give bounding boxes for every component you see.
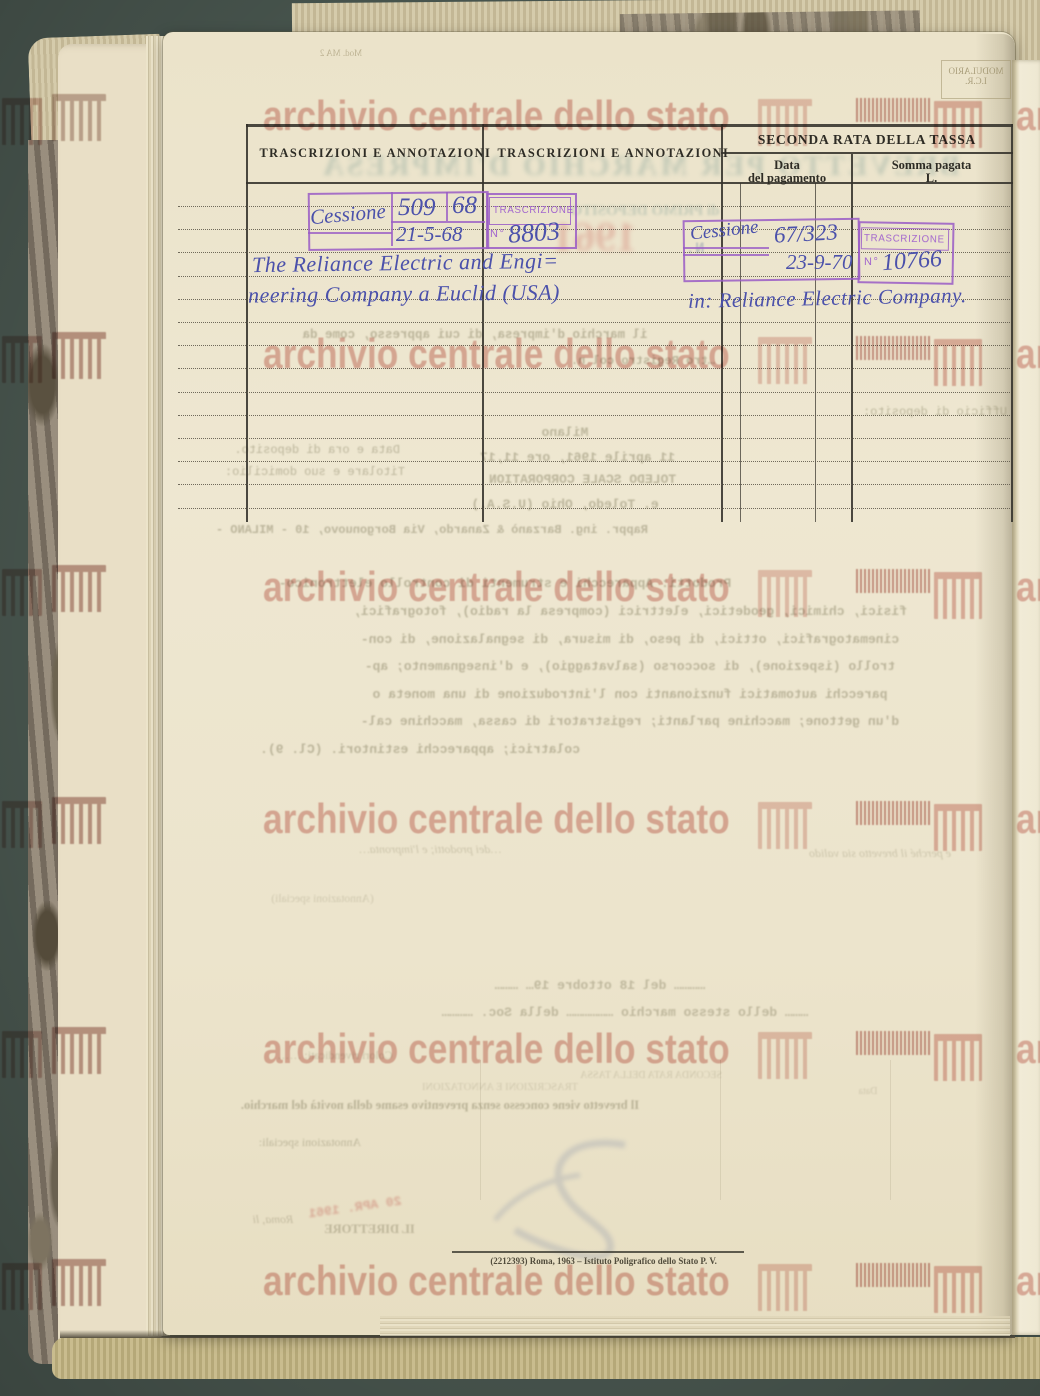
archive-watermark-text: archivio centrale dello stato	[263, 95, 730, 137]
show-through-line: trollo (ispezione), di soccorso (salvata…	[245, 659, 1015, 674]
acs-logo-icon	[934, 339, 982, 386]
handwriting-owner-line1: The Reliance Electric and Engi=	[252, 248, 559, 278]
bottom-cover-cloth	[52, 1337, 1040, 1379]
table-dotted-row	[178, 484, 1010, 485]
transcription-stamp-1-number: 8803	[507, 216, 561, 250]
show-through-line: colatrici; apparecchi estintori. (Cl. 9)…	[245, 742, 595, 757]
acs-logo-icon	[758, 99, 812, 146]
acs-logo-icon	[934, 804, 982, 851]
acs-logo-icon	[934, 572, 982, 619]
acs-logo-icon	[52, 1027, 106, 1074]
table-dotted-row	[178, 508, 1010, 509]
table-dotted-row	[178, 392, 1010, 393]
show-through-line: Rappr. ing. Barzanò & Zanardo, Via Borgo…	[248, 523, 648, 537]
archive-watermark-text: archivio centrale dello stato	[1016, 333, 1040, 375]
cession-stamp-2-date: 23-9-70	[786, 250, 853, 275]
table-dotted-row	[178, 461, 1010, 462]
show-through-line: parecchi automatici funzionanti con l'in…	[245, 687, 1015, 702]
acs-logo-icon	[2, 336, 42, 383]
acs-dash-mark-icon	[856, 1031, 932, 1055]
archive-watermark-partial: archivio centrale dello stato	[1016, 566, 1040, 614]
transcription-stamp-1-label: TRASCRIZIONE	[493, 204, 574, 216]
acs-dash-mark-icon	[856, 801, 932, 825]
verso-modulario-box: MODULARIO I.C.R.	[941, 60, 1011, 99]
show-through-line: Il brevetto viene concesso senza prevent…	[240, 1098, 640, 1113]
acs-logo-icon	[2, 569, 42, 616]
acs-logo-icon	[758, 802, 812, 849]
acs-dash-mark-icon	[856, 569, 932, 593]
cession-stamp-1-date: 21-5-68	[396, 222, 463, 247]
cession-stamp-2-row-line	[683, 254, 769, 256]
acs-dash-mark-icon	[856, 1263, 932, 1287]
acs-logo-icon	[2, 98, 42, 145]
archive-watermark-text: archivio centrale dello stato	[263, 1028, 730, 1070]
show-through-line: Ufficio di deposito:	[855, 405, 1015, 419]
verso-grid-line	[720, 1060, 721, 1200]
verso-mod-code: Mod. MA 2	[316, 48, 366, 58]
acs-logo-icon	[934, 1034, 982, 1081]
cession-stamp-1-number: 509	[398, 194, 436, 222]
table-seconda-underline	[721, 152, 1013, 154]
archive-watermark-text: archivio centrale dello stato	[263, 566, 730, 608]
archive-watermark-text: archivio centrale dello stato	[263, 1260, 730, 1302]
acs-logo-icon	[934, 1266, 982, 1313]
show-through-line: TRASCRIZIONI E ANNOTAZIONI	[380, 1082, 620, 1093]
column-header-trascrizioni-2: TRASCRIZIONI E ANNOTAZIONI	[498, 145, 707, 161]
table-dotted-row	[178, 206, 1010, 207]
archive-watermark-text: archivio centrale dello stato	[1016, 1028, 1040, 1070]
transcription-stamp-2-no: N°	[864, 256, 880, 268]
verso-modulario-line2: I.C.R.	[942, 76, 1010, 86]
archive-watermark-partial: archivio centrale dello stato	[1016, 95, 1040, 143]
show-through-line: cinematografici, ottici, di peso, di mis…	[245, 632, 1015, 647]
archive-watermark-text: archivio centrale dello stato	[1016, 1260, 1040, 1302]
show-through-line: ………… del 18 ottobre 19… ………	[385, 978, 815, 993]
table-col-divider	[482, 124, 484, 522]
acs-dash-mark-icon	[856, 336, 932, 360]
archive-watermark-text: archivio centrale dello stato	[263, 798, 730, 840]
transcription-stamp-1-no: N°	[490, 228, 506, 240]
scanned-register-page: { "archive": { "watermark_text": "archiv…	[0, 0, 1040, 1396]
handwriting-owner-line2: neering Company a Euclid (USA)	[248, 279, 560, 308]
column-header-somma-line2: L.	[855, 171, 1008, 186]
cession-stamp-1-cell-line	[308, 232, 392, 234]
table-dotted-row	[178, 415, 1010, 416]
acs-logo-icon	[934, 101, 982, 148]
transcription-stamp-2-label: TRASCRIZIONE	[864, 232, 945, 246]
show-through-line: e. Toledo, Ohio (U.S.A.)	[440, 497, 690, 512]
show-through-line: ……… dello stesso marchio ……………… della So…	[245, 1005, 1005, 1020]
acs-logo-icon	[2, 1031, 42, 1078]
show-through-line: Annotazioni speciali:	[245, 1135, 375, 1150]
acs-logo-icon	[52, 94, 106, 141]
acs-logo-icon	[2, 1263, 42, 1310]
show-through-signature	[455, 1135, 665, 1265]
archive-watermark-partial: archivio centrale dello stato	[1016, 798, 1040, 846]
archive-watermark-text: archivio centrale dello stato	[1016, 798, 1040, 840]
show-through-line: Data e ora di deposito.	[240, 443, 400, 457]
show-through-line: IL DIRETTORE	[312, 1222, 427, 1237]
bottom-page-stack	[380, 1316, 1010, 1336]
verso-grid-line	[890, 1060, 891, 1200]
show-through-line: (Annotazioni speciali)	[245, 893, 400, 905]
column-header-trascrizioni-1: TRASCRIZIONI E ANNOTAZIONI	[260, 145, 469, 161]
acs-logo-icon	[758, 570, 812, 617]
column-header-data-line2: del pagamento	[726, 171, 848, 186]
imprint-rule	[452, 1251, 744, 1253]
acs-logo-icon	[758, 1264, 812, 1311]
transcription-stamp-2-number: 10766	[881, 246, 943, 277]
acs-logo-icon	[758, 337, 812, 384]
cession-stamp-1-divider	[391, 192, 393, 246]
show-through-line: d'un gettone; macchine parlanti; registr…	[245, 714, 1015, 729]
verso-modulario-line1: MODULARIO	[942, 66, 1010, 76]
acs-logo-icon	[758, 1032, 812, 1079]
archive-watermark-text: archivio centrale dello stato	[1016, 95, 1040, 137]
cession-stamp-2-number: 67/323	[773, 219, 838, 248]
archive-watermark-partial: archivio centrale dello stato	[1016, 1260, 1040, 1308]
adjacent-page-edge	[1012, 60, 1040, 1335]
show-through-line: Data	[848, 1086, 888, 1097]
table-dotted-row	[178, 438, 1010, 439]
acs-dash-mark-icon	[856, 98, 932, 122]
cession-stamp-1-year: 68	[452, 192, 477, 220]
acs-logo-icon	[52, 797, 106, 844]
acs-logo-icon	[52, 1259, 106, 1306]
show-through-line: 11 aprile 1961, ore 11,17	[465, 450, 690, 465]
acs-logo-icon	[52, 565, 106, 612]
archive-watermark-partial: archivio centrale dello stato	[1016, 333, 1040, 381]
show-through-line: …dei prodotti; e l'impronta…	[300, 842, 560, 857]
cession-stamp-1-cell-line	[446, 192, 448, 221]
archive-watermark-partial: archivio centrale dello stato	[1016, 1028, 1040, 1076]
table-right-border	[1011, 124, 1013, 522]
archive-watermark-text: archivio centrale dello stato	[263, 333, 730, 375]
acs-logo-icon	[52, 332, 106, 379]
table-dotted-row	[178, 322, 1010, 323]
table-left-border	[246, 124, 248, 522]
show-through-line: Titolare e suo domicilio:	[240, 465, 405, 479]
table-sub-divider	[851, 154, 853, 522]
archive-watermark-text: archivio centrale dello stato	[1016, 566, 1040, 608]
cession-stamp-2-row-line	[683, 247, 769, 249]
acs-logo-icon	[2, 801, 42, 848]
table-col-divider	[721, 124, 723, 522]
show-through-line: Roma, li	[243, 1212, 303, 1227]
